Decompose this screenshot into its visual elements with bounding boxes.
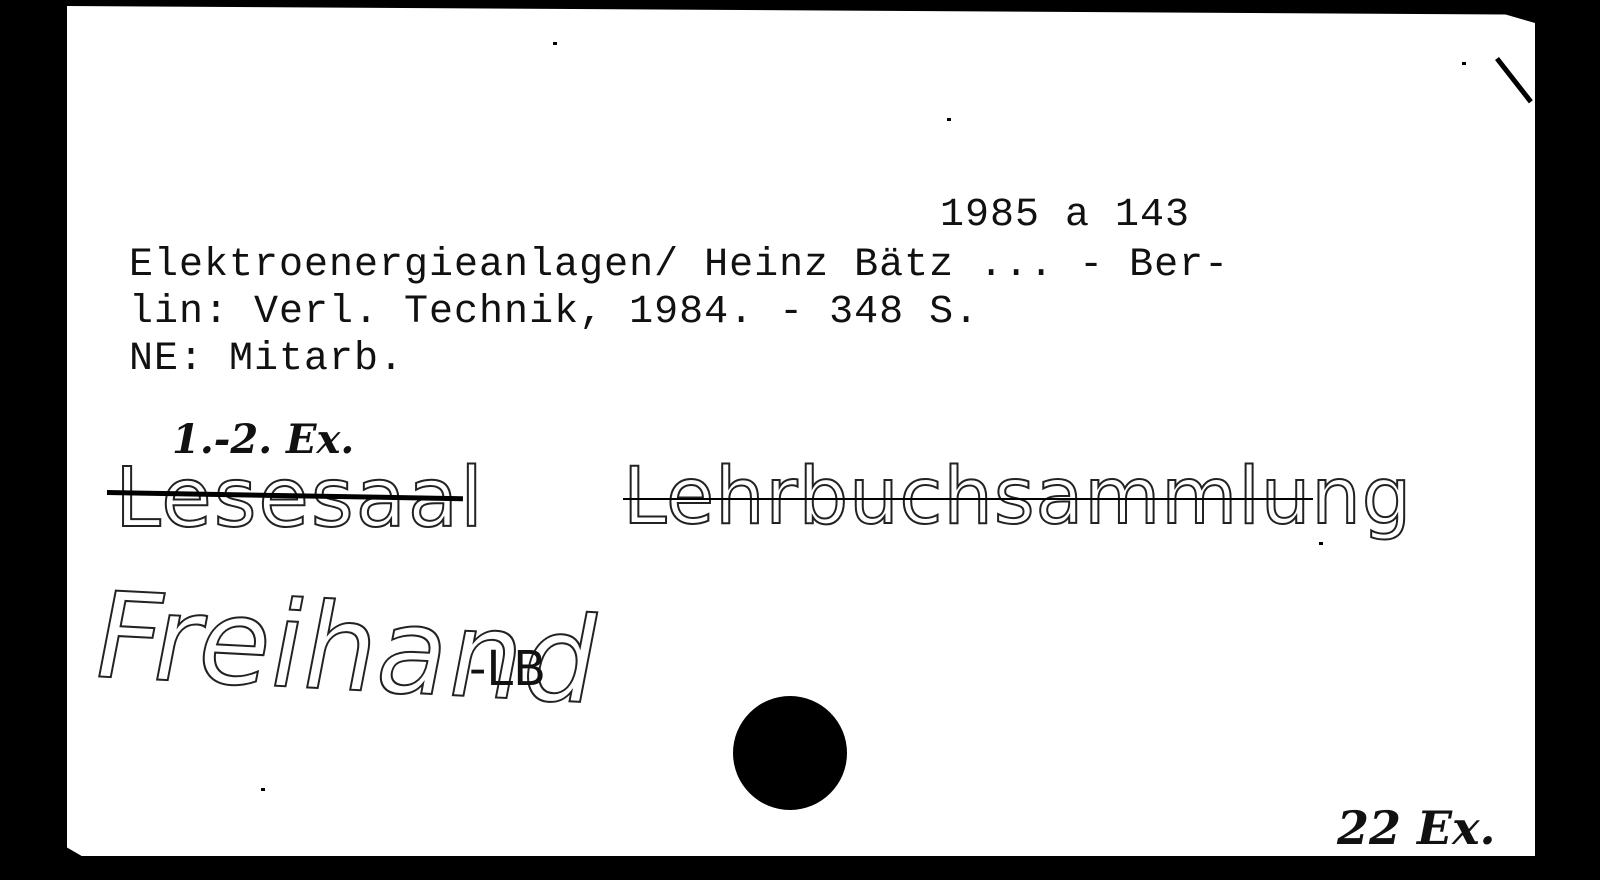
dust-speck bbox=[1319, 542, 1323, 545]
dust-speck bbox=[261, 788, 265, 791]
stamp-lehrbuchsammlung: Lehrbuchsammlung bbox=[623, 458, 1412, 536]
handwritten-location-suffix: -LB bbox=[469, 641, 546, 697]
corner-pen-mark bbox=[1495, 57, 1533, 103]
dust-speck bbox=[947, 118, 951, 121]
entry-title-line: Elektroenergieanlagen/ Heinz Bätz ... - … bbox=[129, 246, 1229, 286]
handwritten-total-copies: 22 Ex. bbox=[1337, 801, 1496, 855]
catalog-card: 1985 a 143 Elektroenergieanlagen/ Heinz … bbox=[67, 6, 1535, 856]
entry-publication-line: lin: Verl. Technik, 1984. - 348 S. bbox=[129, 293, 979, 333]
call-number: 1985 a 143 bbox=[940, 196, 1190, 236]
strike-through-lehrbuchsammlung bbox=[623, 498, 1313, 500]
punch-hole bbox=[733, 696, 847, 810]
entry-note-line: NE: Mitarb. bbox=[129, 340, 404, 380]
dust-speck bbox=[553, 42, 557, 45]
dust-speck bbox=[1462, 62, 1466, 65]
